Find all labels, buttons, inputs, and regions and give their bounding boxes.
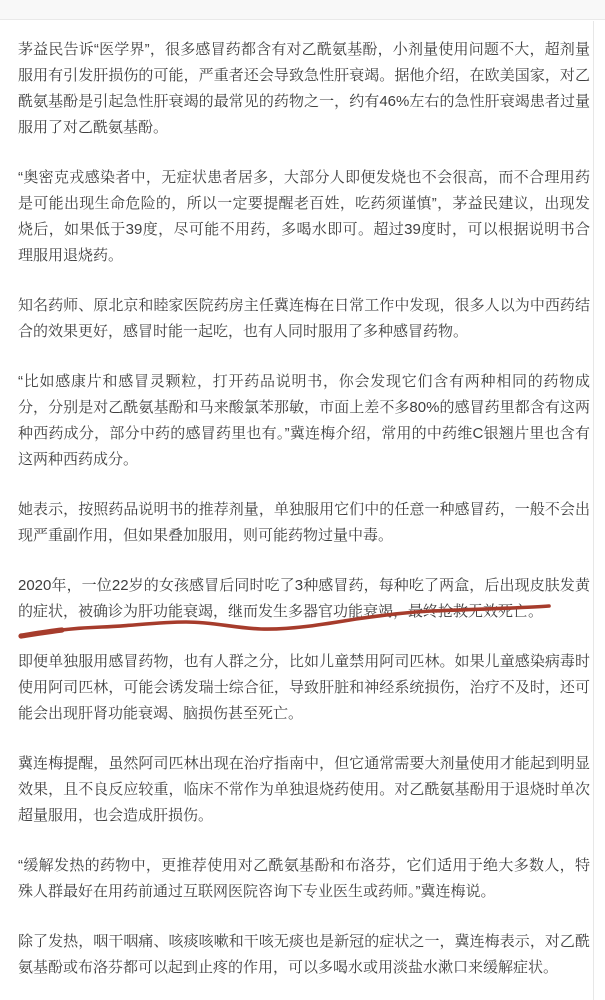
paragraph-10: 除了发热，咽干咽痛、咳痰咳嗽和干咳无痰也是新冠的症状之一，冀连梅表示，对乙酰氨基… <box>18 929 590 981</box>
article-body: 茅益民告诉“医学界”，很多感冒药都含有对乙酰氨基酚，小剂量使用问题不大，超剂量服… <box>0 20 605 1000</box>
annotated-paragraph-wrap: 2020年，一位22岁的女孩感冒后同时吃了3种感冒药，每种吃了两盒，后出现皮肤发… <box>18 573 590 625</box>
paragraph-7: 即便单独服用感冒药物，也有人群之分，比如儿童禁用阿司匹林。如果儿童感染病毒时使用… <box>18 649 590 727</box>
paragraph-9: “缓解发热的药物中，更推荐使用对乙酰氨基酚和布洛芬，它们适用于绝大多数人，特殊人… <box>18 853 590 905</box>
top-bar <box>0 0 605 20</box>
paragraph-3: 知名药师、原北京和睦家医院药房主任冀连梅在日常工作中发现，很多人以为中西药结合的… <box>18 293 590 345</box>
paragraph-4: “比如感康片和感冒灵颗粒，打开药品说明书，你会发现它们含有两种相同的药物成分，分… <box>18 369 590 473</box>
paragraph-1: 茅益民告诉“医学界”，很多感冒药都含有对乙酰氨基酚，小剂量使用问题不大，超剂量服… <box>18 37 590 141</box>
paragraph-5: 她表示，按照药品说明书的推荐剂量，单独服用它们中的任意一种感冒药，一般不会出现严… <box>18 497 590 549</box>
red-marker-stroke-thick-end <box>21 630 62 636</box>
right-edge-divider <box>593 21 594 1000</box>
paragraph-2: “奥密克戎感染者中，无症状患者居多，大部分人即便发烧也不会很高，而不合理用药是可… <box>18 165 590 269</box>
paragraph-8: 冀连梅提醒，虽然阿司匹林出现在治疗指南中，但它通常需要大剂量使用才能起到明显效果… <box>18 751 590 829</box>
article-page: { "page": { "background_color": "#ffffff… <box>0 0 605 1000</box>
paragraph-6-annotated: 2020年，一位22岁的女孩感冒后同时吃了3种感冒药，每种吃了两盒，后出现皮肤发… <box>18 573 590 625</box>
